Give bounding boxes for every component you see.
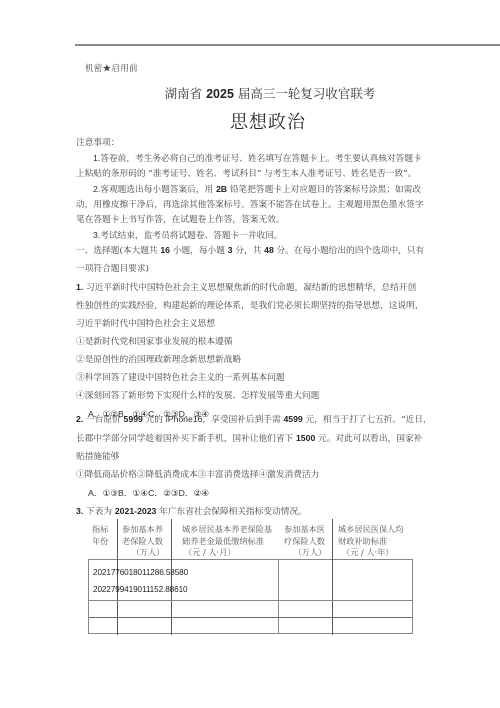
note-2-line1c: 铅笔把答题卡上对应题目的答案标号涂黑；如需改 — [227, 185, 421, 195]
product-name: iPhone16 — [166, 414, 203, 424]
note-2-cont1: 动，用橡皮擦干净后，再选涂其他答案标号。答案不能答在试卷上。主观题用黑色墨水签字 — [76, 198, 428, 213]
header-0-line1: 指标 — [92, 524, 118, 536]
exam-title-suffix: 届高三一轮复习收官联考 — [238, 86, 376, 101]
section-choice: 一、选择题(本大题共 16 小题，每小题 3 分，共 48 分。在每小题给出的四… — [76, 241, 428, 423]
header-3-line1: 参加基本医 — [284, 524, 336, 536]
header-cell-pension-insured: 参加基本养 老保险人数 （万人） — [122, 524, 174, 559]
final-price: 4599 — [283, 414, 302, 424]
header-1-line2: 老保险人数 — [122, 536, 174, 548]
question-1-stem-2: 性独创性的实践经验，构建起新的理论体系，是我们党必须长期坚持的指导思想，这说明， — [76, 297, 428, 315]
table-grid: 2021776018011286.58580 2022799419011152.… — [88, 559, 413, 634]
header-3-line2: 疗保险人数 — [284, 536, 336, 548]
social-security-table: 指标 年份 参加基本养 老保险人数 （万人） 城乡居民基本养老保险基 础养老金最… — [88, 520, 414, 559]
note-2-line1a: 客观题选出每小题答案后，用 — [100, 185, 216, 195]
header-1-line1: 参加基本养 — [122, 524, 174, 536]
exam-year: 2025 — [206, 87, 234, 101]
question-3-stem-b: 年广东省社会保障相关指标变动情况。 — [156, 507, 306, 517]
header-4-line1: 城乡居民医保人均 — [338, 524, 418, 536]
note-1-cont: 上粘贴的条形码的 “准考证号、姓名、考试科目” 与考生本人准考证号、姓名是否一致… — [76, 167, 428, 182]
question-2-stem-c: ，享受国补后到手需 — [202, 415, 283, 425]
header-cell-medical-subsidy: 城乡居民医保人均 财政补助标准 （元 / 人·年） — [338, 524, 418, 559]
header-cell-indicator-year: 指标 年份 — [92, 524, 118, 547]
exam-title: 湖南省 2025 届高三一轮复习收官联考 — [0, 84, 500, 102]
table-row-2022: 2022799419011152.88610 — [93, 585, 187, 594]
exam-title-prefix: 湖南省 — [165, 86, 203, 101]
section-heading-line2: 一项符合题目要求) — [76, 260, 428, 278]
header-4-unit: （元 / 人·年） — [338, 547, 418, 559]
table-row-2021: 2021776018011286.58580 — [93, 568, 188, 577]
row-divider-2 — [89, 617, 412, 618]
section-heading-a: 一、选择题(本大题共 — [76, 246, 160, 256]
question-2: 2. 一台原价 5999 元的 iPhone16，享受国补后到手需 4599 元… — [76, 410, 428, 429]
question-2-stem-a: 一台原价 — [86, 415, 124, 425]
question-2-stem-d: 元，相当于打了七五折。“近日， — [303, 415, 432, 425]
exam-notes: 注意事项： 1.答卷前，考生务必将自己的准考证号、姓名填写在答题卡上。考生要认真… — [76, 136, 428, 244]
header-2-unit: （元 / 人·月） — [182, 547, 292, 559]
col-divider-3 — [278, 560, 279, 633]
note-2-cont2: 笔在答题卡上书写作答，在试题卷上作答，答案无效。 — [76, 213, 428, 228]
question-2-stem-b: 元的 — [143, 415, 166, 425]
question-2-options[interactable]: A．①③B．①④C．②③D．②④ — [76, 484, 428, 502]
header-cell-min-pension: 城乡居民基本养老保险基 础养老金最低缴纳标准 （元 / 人·月） — [182, 524, 292, 559]
header-cell-medical-insured: 参加基本医 疗保险人数 （万人） — [284, 524, 336, 559]
question-1-stem-3: 习近平新时代中国特色社会主义思想 — [76, 315, 428, 333]
question-2-line2: 长郡中学部分同学趁着国补买下新手机，国补让他们省下 1500 元。对此可以看出，… — [76, 429, 428, 448]
header-0-line2: 年份 — [92, 536, 118, 548]
question-1: 1. 习近平新时代中国特色社会主义思想聚焦新的时代命题，凝结新的思想精华，总结开… — [76, 278, 428, 297]
header-2-line2: 础养老金最低缴纳标准 — [182, 536, 292, 548]
question-1-statement-1: ①是新时代党和国家事业发展的根本遵循 — [76, 333, 428, 351]
question-1-statement-2: ②是原创性的治国理政新理念新思想新战略 — [76, 351, 428, 369]
question-count: 16 — [160, 245, 170, 255]
header-2-line1: 城乡居民基本养老保险基 — [182, 524, 292, 536]
table-header: 指标 年份 参加基本养 老保险人数 （万人） 城乡居民基本养老保险基 础养老金最… — [88, 520, 414, 559]
section-heading-c: 分，共 — [233, 246, 265, 256]
question-1-statement-3: ③科学回答了建设中国特色社会主义的一系列基本问题 — [76, 369, 428, 387]
question-1-statement-4: ④深刻回答了新形势下实现什么样的发展、怎样发展等重大问题 — [76, 387, 428, 405]
note-1: 1.答卷前，考生务必将自己的准考证号、姓名填写在答题卡上。考生要认真核对答题卡 — [76, 151, 428, 167]
total-score: 48 — [264, 245, 274, 255]
notes-title: 注意事项： — [76, 136, 428, 151]
question-2-stem-e: 长郡中学部分同学趁着国补买下新手机，国补让他们省下 — [76, 434, 296, 444]
question-2-stem-f: 元。对此可以看出，国家补 — [315, 434, 422, 444]
question-2-block: 2. 一台原价 5999 元的 iPhone16，享受国补后到手需 4599 元… — [76, 410, 428, 521]
original-price: 5999 — [124, 414, 143, 424]
header-4-line2: 财政补助标准 — [338, 536, 418, 548]
question-2-statements: ①降低商品价格②降低消费成本③丰富消费选择④激发消费活力 — [76, 466, 428, 484]
question-3-stem-a: 下表为 — [86, 507, 115, 517]
question-3: 3. 下表为 2021-2023 年广东省社会保障相关指标变动情况。 — [76, 502, 428, 521]
section-heading-b: 小题，每小题 — [170, 246, 228, 256]
question-1-number: 1. — [76, 282, 83, 292]
note-2-pencil: 2B — [216, 184, 227, 194]
note-2: 2.客观题选出每小题答案后，用 2B 铅笔把答题卡上对应题目的答案标号涂黑；如需… — [76, 182, 428, 198]
note-1-line1: 答卷前，考生务必将自己的准考证号、姓名填写在答题卡上。考生要认真核对答题卡 — [100, 154, 421, 164]
header-1-unit: （万人） — [122, 547, 174, 559]
header-rule — [75, 44, 500, 46]
section-heading-d: 分。在每小题给出的四个选项中，只有 — [274, 246, 424, 256]
note-3-line1: 考试结束，监考员将试题卷、答题卡一并收回。 — [100, 231, 282, 241]
row-divider-1 — [89, 600, 412, 601]
saved-amount: 1500 — [296, 433, 315, 443]
question-2-line3: 贴措施能够 — [76, 448, 428, 466]
question-3-years: 2021-2023 — [115, 506, 157, 516]
section-heading: 一、选择题(本大题共 16 小题，每小题 3 分，共 48 分。在每小题给出的四… — [76, 241, 428, 260]
question-3-number: 3. — [76, 506, 83, 516]
confidential-label: 机密★启用前 — [85, 62, 138, 74]
question-1-stem-1: 习近平新时代中国特色社会主义思想聚焦新的时代命题，凝结新的思想精华，总结开创 — [86, 283, 416, 293]
question-2-number: 2. — [76, 414, 83, 424]
subject-title: 思想政治 — [0, 108, 500, 134]
header-3-unit: （万人） — [284, 547, 336, 559]
